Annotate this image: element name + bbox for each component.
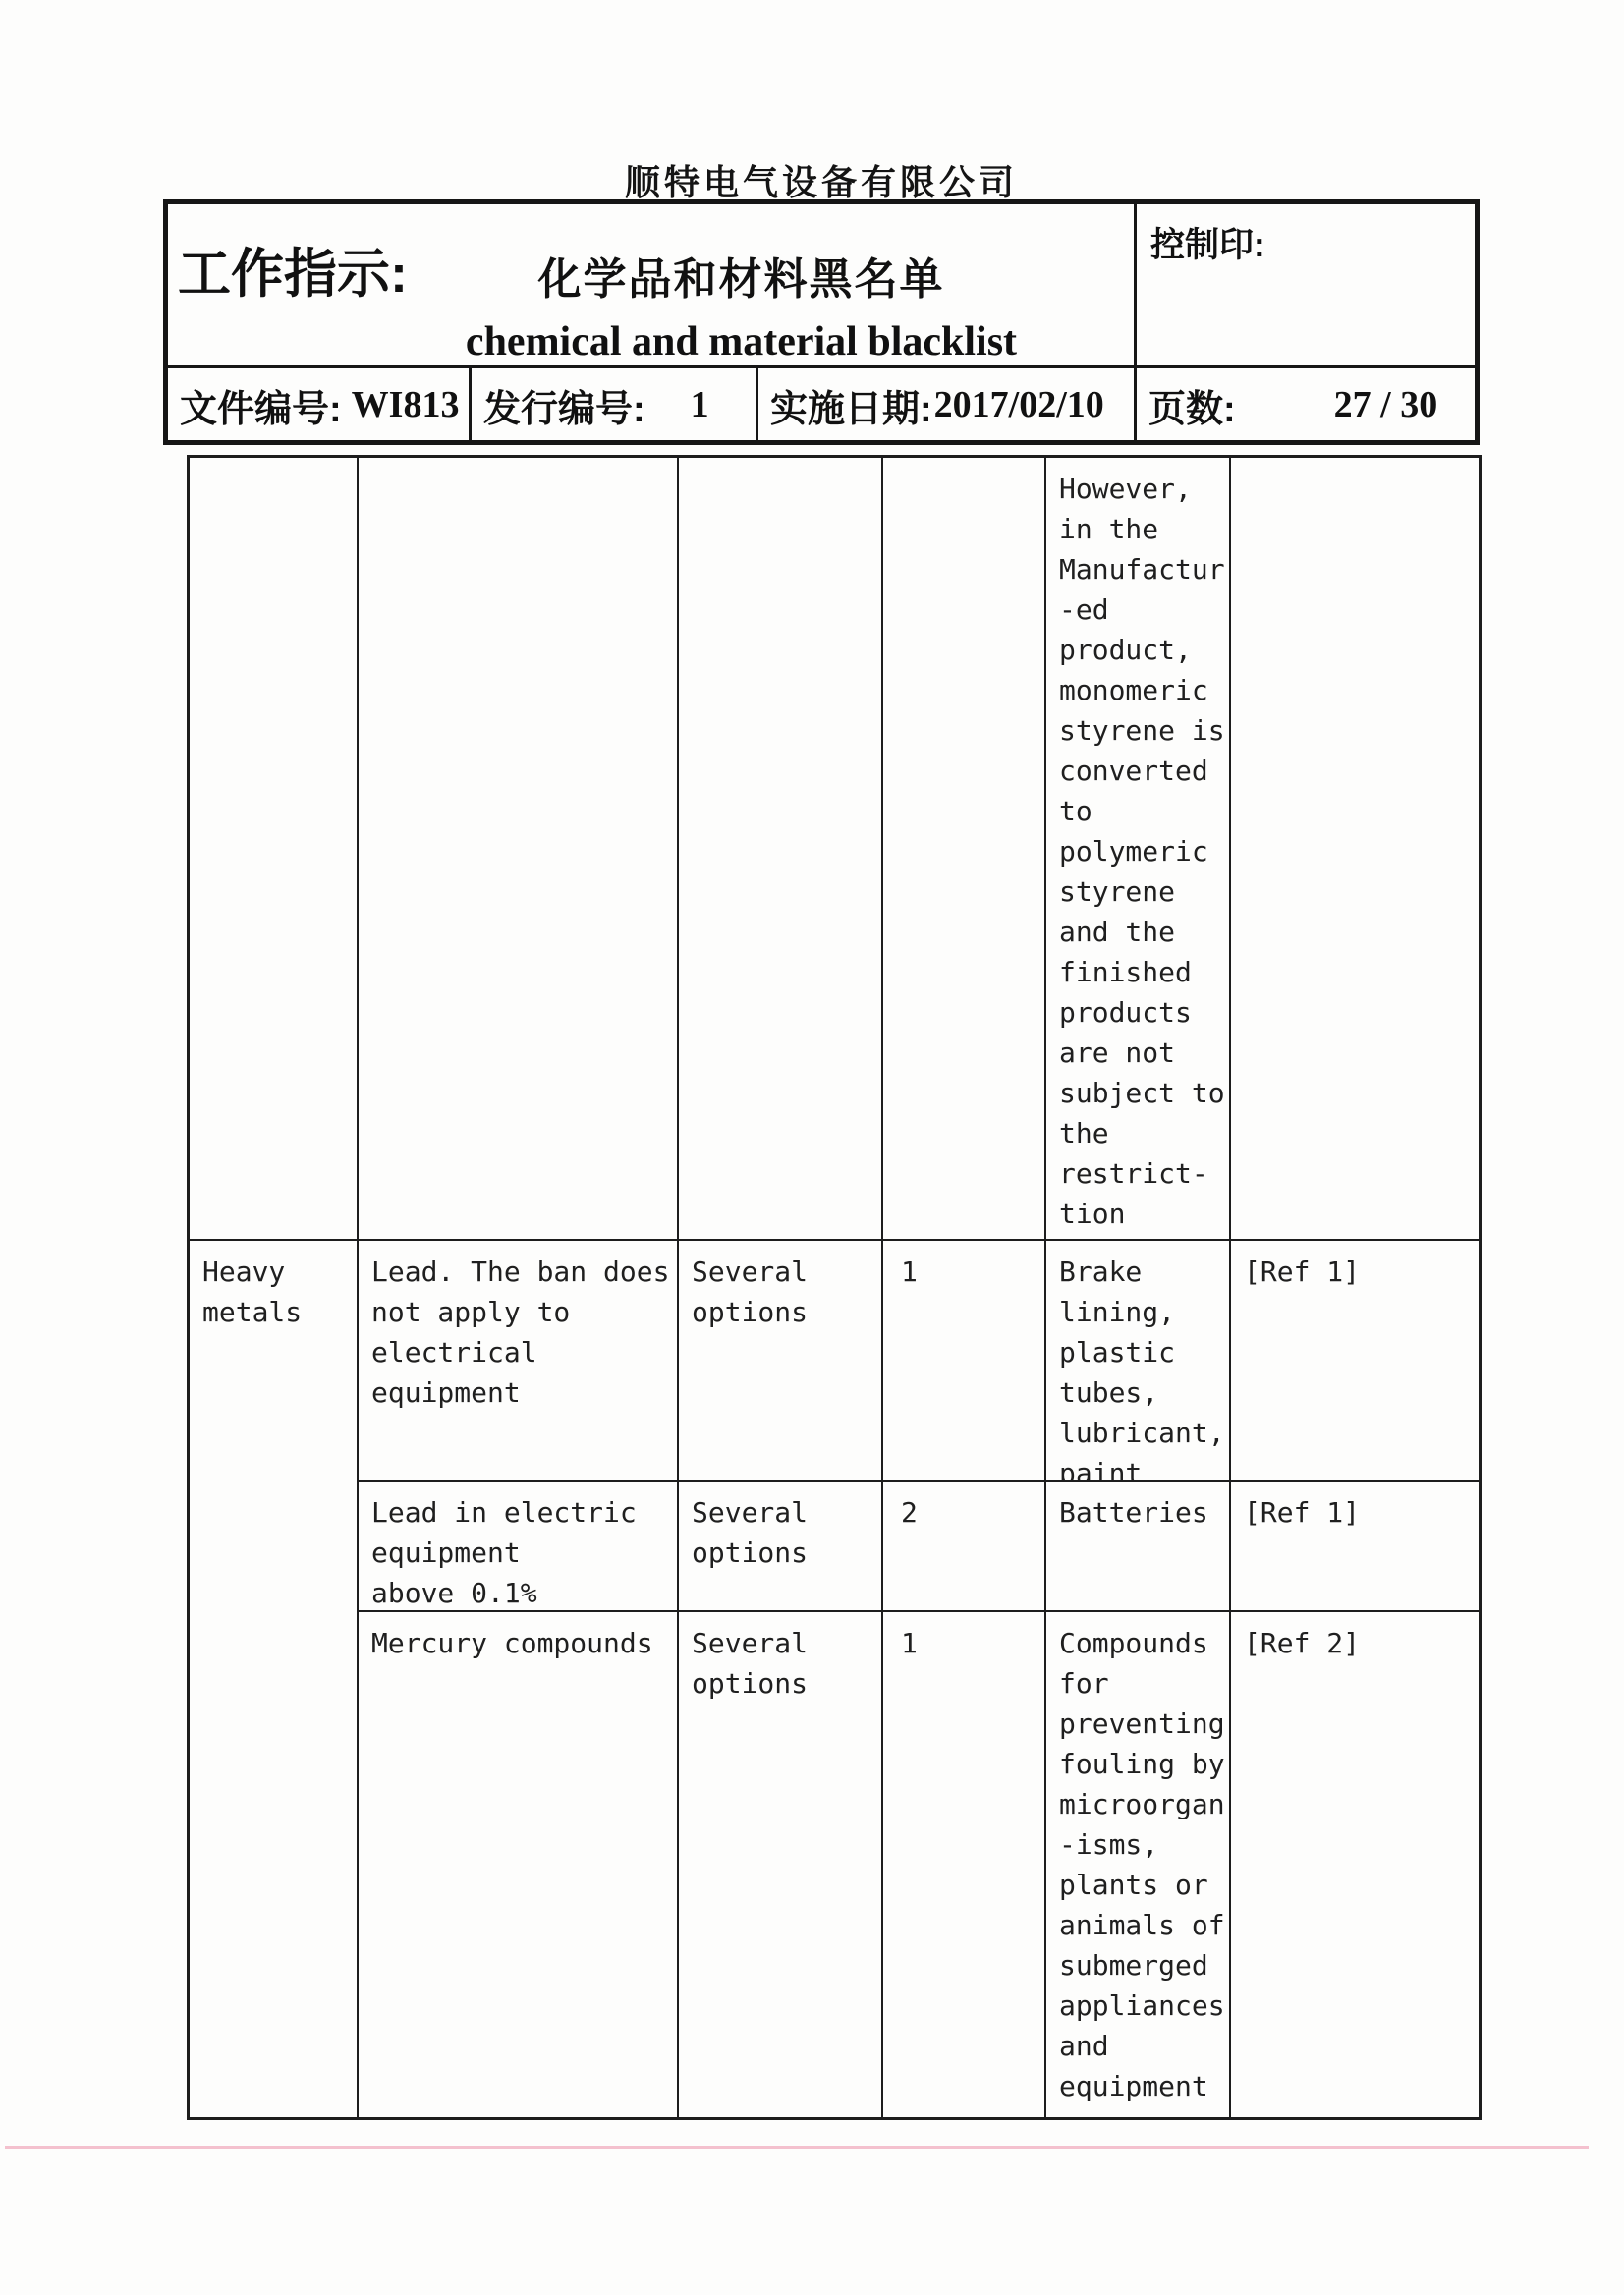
issue-no-label: 发行编号: [483,378,645,432]
table-cell-reference: [Ref 1] [1231,1241,1479,1482]
table-cell-applications: Compounds for preventing fouling by micr… [1046,1612,1231,2117]
scan-artifact-line [5,2146,1589,2149]
table-cell-applications: Batteries [1046,1482,1231,1612]
table-cell-alternatives: Several options [679,1482,883,1612]
table-cell-reference: [Ref 2] [1231,1612,1479,2117]
table-cell-empty [359,458,679,1241]
impl-date-value: 2017/02/10 [934,383,1104,426]
issue-no-cell: 发行编号: 1 [469,365,756,441]
pages-value: 27 / 30 [1334,383,1438,426]
table-cell-alternatives: Several options [679,1612,883,2117]
table-cell-reference: [Ref 1] [1231,1482,1479,1612]
table-cell-category: Heavy metals [190,1241,359,2117]
control-seal-label: 控制印: [1150,226,1265,264]
control-seal-cell: 控制印: [1134,204,1475,365]
title-chinese: 化学品和材料黑名单 [408,244,1075,307]
issue-no-value: 1 [691,383,709,426]
table-cell-applications: Brake lining, plastic tubes, lubricant, … [1046,1241,1231,1482]
table-cell-priority: 1 [883,1612,1046,2117]
table-cell-substance: Lead. The ban does not apply to electric… [359,1241,679,1482]
pages-label: 页数: [1148,378,1236,432]
blacklist-table: However, in the Manufactur -ed product, … [187,455,1482,2120]
impl-date-cell: 实施日期: 2017/02/10 [756,365,1134,441]
pages-cell: 页数: 27 / 30 [1134,365,1475,441]
table-cell-remark-continued: However, in the Manufactur -ed product, … [1046,458,1231,1241]
title-block: 化学品和材料黑名单 chemical and material blacklis… [408,204,1134,365]
table-cell-priority: 1 [883,1241,1046,1482]
doc-no-label: 文件编号: [180,378,342,432]
table-cell-empty [1231,458,1479,1241]
impl-date-label: 实施日期: [770,378,932,432]
table-cell-empty [190,458,359,1241]
company-name: 顺特电气设备有限公司 [163,155,1480,205]
doc-no-value: WI813 [352,383,460,426]
doc-no-cell: 文件编号: WI813 [168,365,469,441]
table-cell-priority: 2 [883,1482,1046,1612]
table-cell-substance: Mercury compounds [359,1612,679,2117]
document-page: 顺特电气设备有限公司 工作指示: 化学品和材料黑名单 chemical and … [0,0,1624,2295]
header-box: 工作指示: 化学品和材料黑名单 chemical and material bl… [163,199,1480,445]
table-cell-alternatives: Several options [679,1241,883,1482]
table-cell-empty [679,458,883,1241]
table-cell-substance: Lead in electric equipment above 0.1% [359,1482,679,1612]
table-cell-empty [883,458,1046,1241]
title-cell: 工作指示: 化学品和材料黑名单 chemical and material bl… [168,204,1134,365]
doc-type-label: 工作指示: [178,232,408,308]
title-english: chemical and material blacklist [408,318,1075,365]
